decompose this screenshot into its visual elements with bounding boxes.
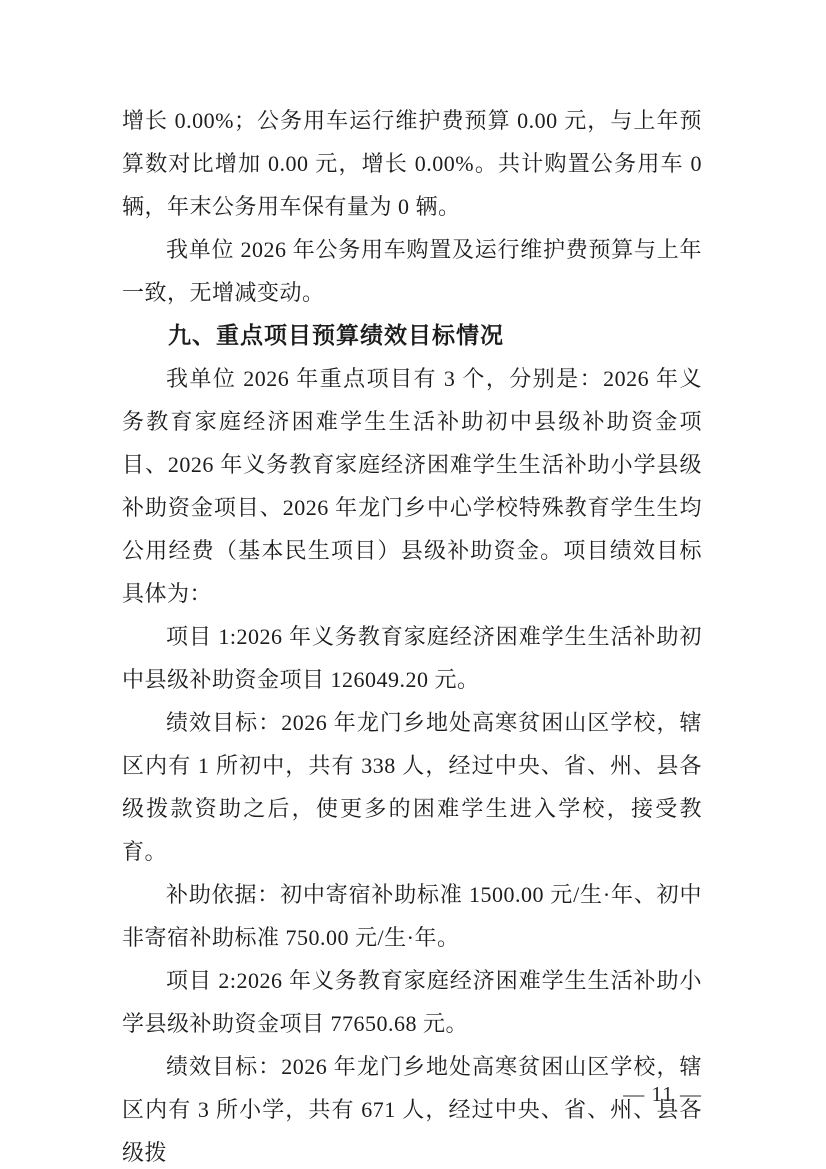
paragraph-project-1-title: 项目 1:2026 年义务教育家庭经济困难学生生活补助初中县级补助资金项目 12… xyxy=(122,615,702,701)
paragraph-project-1-performance-goal: 绩效目标：2026 年龙门乡地处高寒贫困山区学校，辖区内有 1 所初中，共有 3… xyxy=(122,701,702,873)
paragraph-project-1-subsidy-basis: 补助依据：初中寄宿补助标准 1500.00 元/生·年、初中非寄宿补助标准 75… xyxy=(122,873,702,959)
page-number: — 11 — xyxy=(122,1080,702,1108)
paragraph-project-2-title: 项目 2:2026 年义务教育家庭经济困难学生生活补助小学县级补助资金项目 77… xyxy=(122,959,702,1045)
paragraph-key-projects-overview: 我单位 2026 年重点项目有 3 个，分别是：2026 年义务教育家庭经济困难… xyxy=(122,357,702,615)
paragraph-vehicle-budget-continuation: 增长 0.00%；公务用车运行维护费预算 0.00 元，与上年预算数对比增加 0… xyxy=(122,99,702,228)
paragraph-vehicle-budget-summary: 我单位 2026 年公务用车购置及运行维护费预算与上年一致，无增减变动。 xyxy=(122,228,702,314)
document-body: 增长 0.00%；公务用车运行维护费预算 0.00 元，与上年预算数对比增加 0… xyxy=(122,99,702,1169)
section-heading-key-projects: 九、重点项目预算绩效目标情况 xyxy=(122,314,702,357)
document-page: 增长 0.00%；公务用车运行维护费预算 0.00 元，与上年预算数对比增加 0… xyxy=(0,0,826,1169)
